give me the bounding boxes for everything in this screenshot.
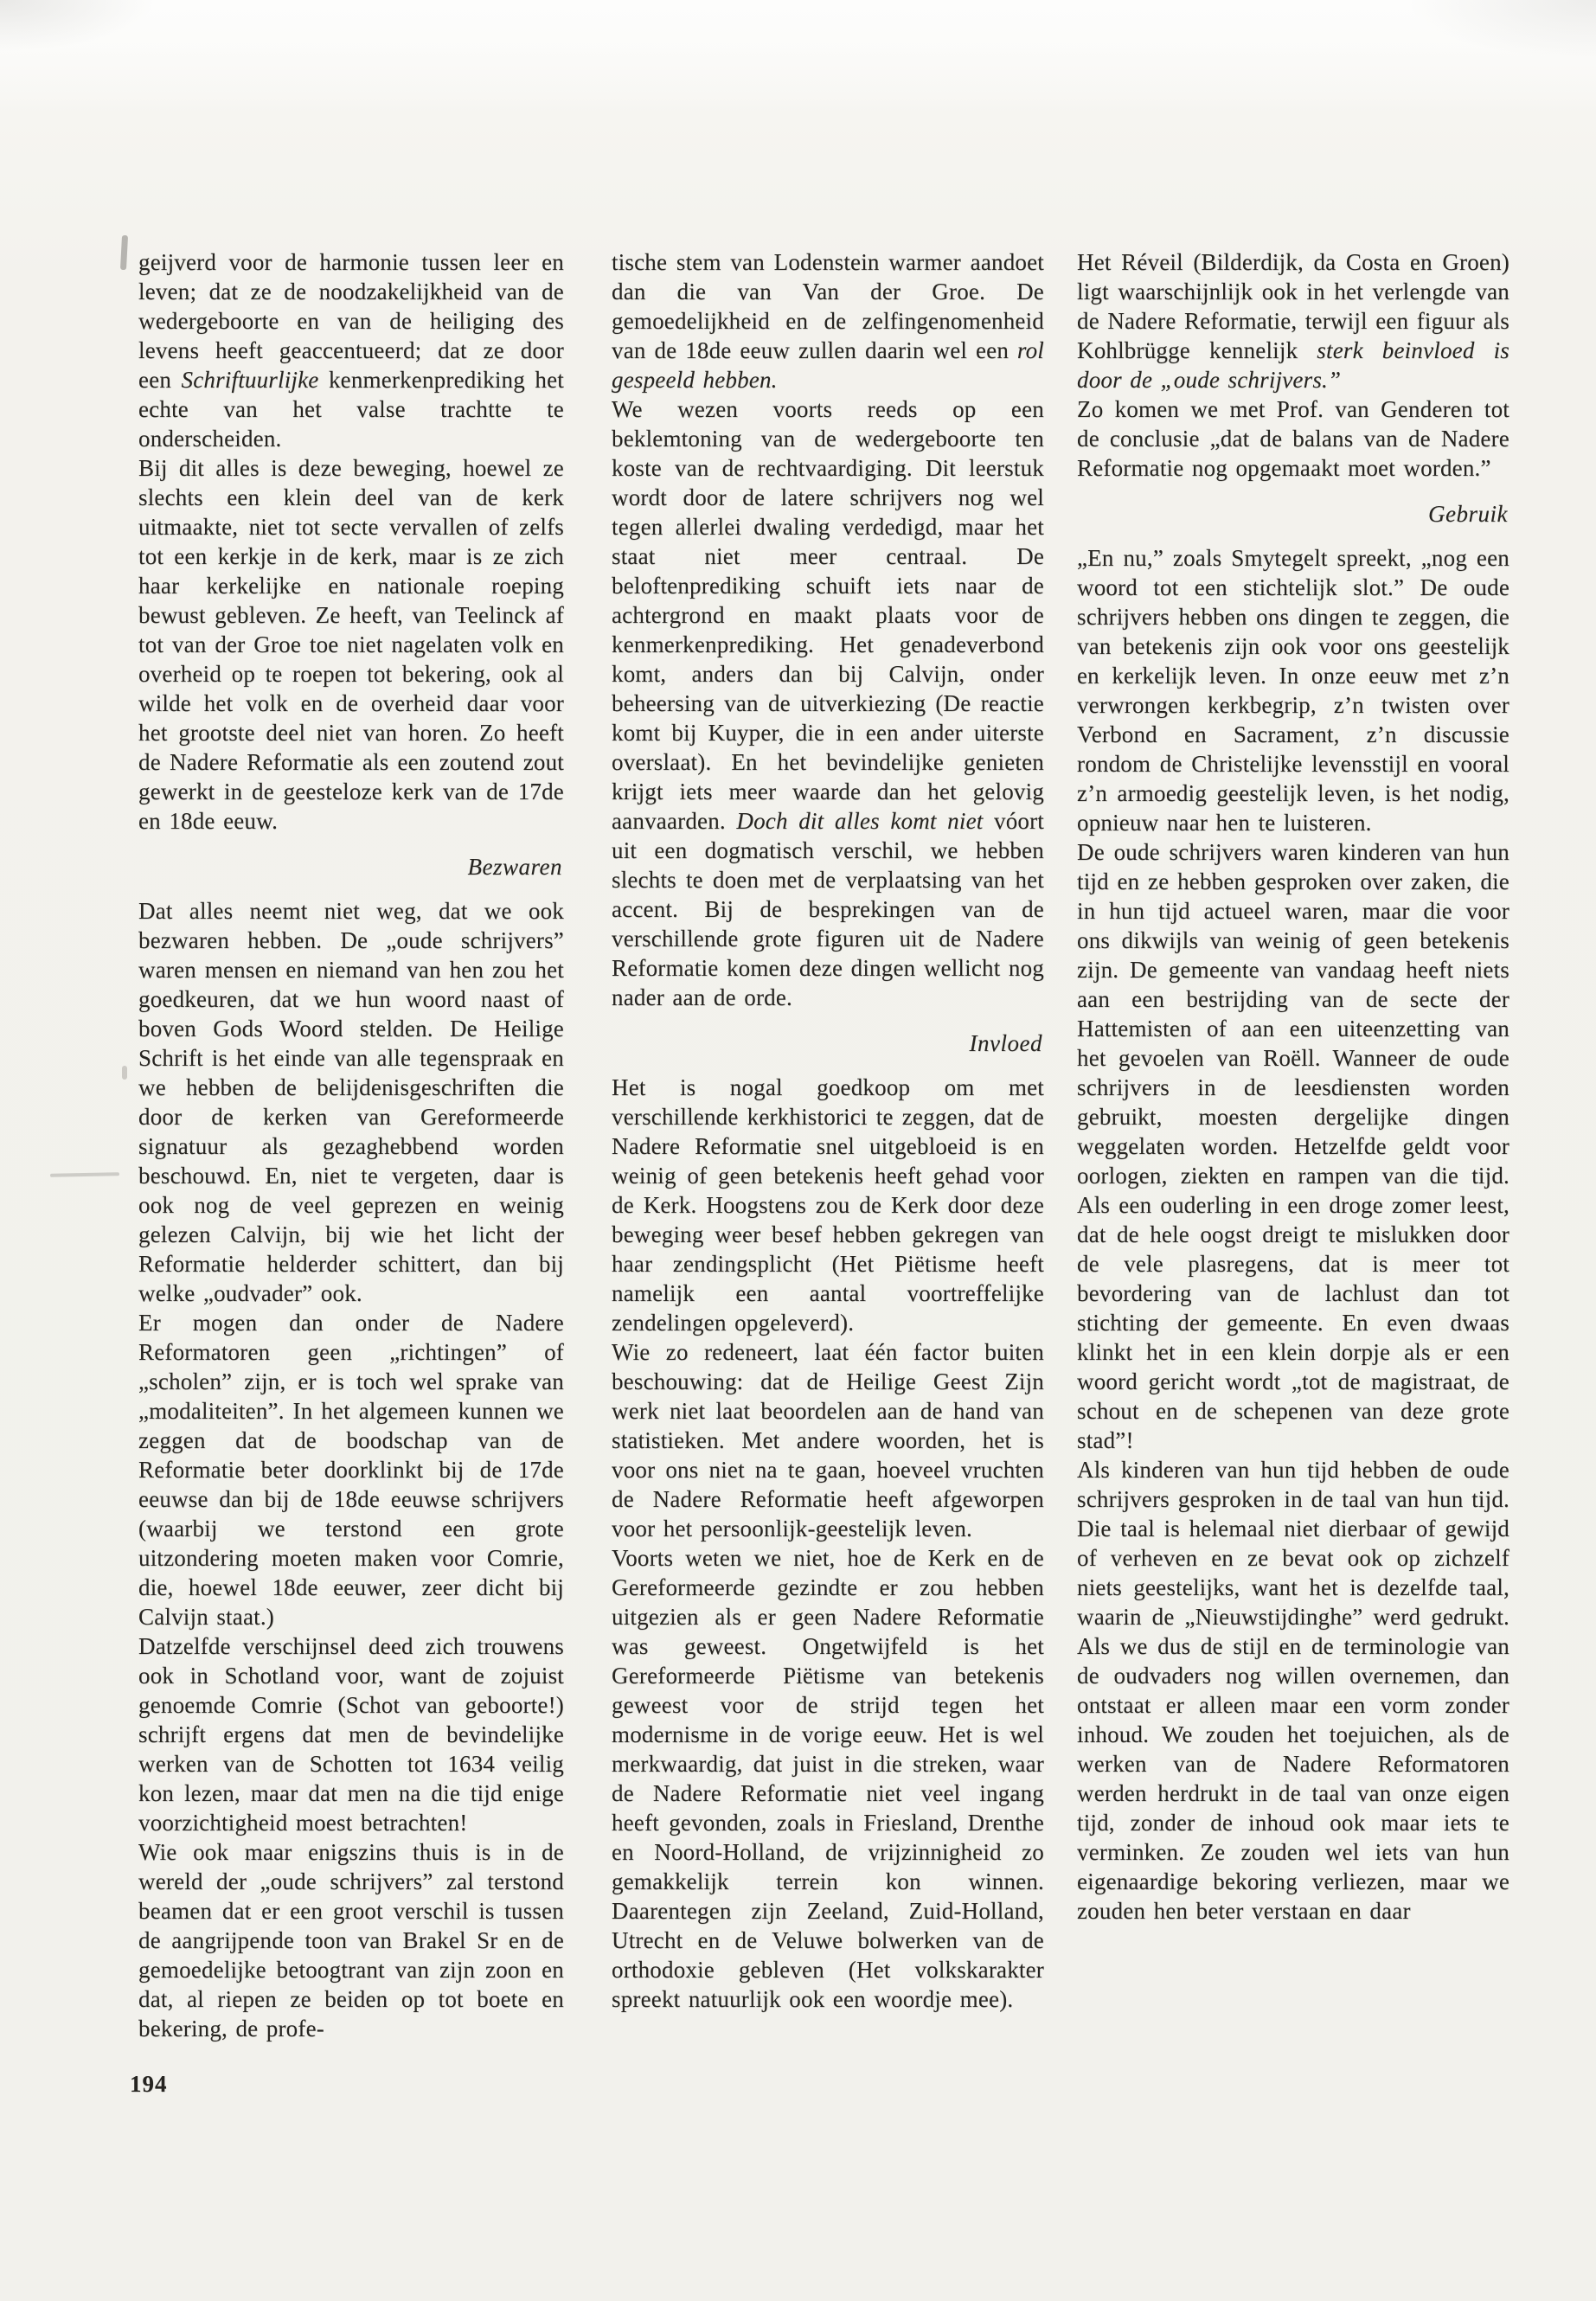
- paragraph: Wie ook maar enigszins thuis is in de we…: [138, 1837, 564, 2043]
- text-run: Dat alles neemt niet weg, dat we ook bez…: [138, 898, 564, 1306]
- page-number: 194: [130, 2069, 168, 2099]
- text-run: Voorts weten we niet, hoe de Kerk en de …: [612, 1545, 1044, 2012]
- text-run: tische stem van Lodenstein warmer aandoe…: [612, 249, 1044, 363]
- text-run: De oude schrijvers waren kinderen van hu…: [1077, 839, 1509, 1453]
- emphasis-text: Invloed: [970, 1030, 1042, 1056]
- text-run: „En nu,” zoals Smytegelt spreekt, „nog e…: [1077, 545, 1509, 836]
- text-run: Wie ook maar enigszins thuis is in de we…: [138, 1839, 564, 2041]
- paragraph: De oude schrijvers waren kinderen van hu…: [1077, 837, 1509, 1455]
- text-run: Bij dit alles is deze beweging, hoewel z…: [138, 455, 564, 834]
- paragraph: Zo komen we met Prof. van Genderen tot d…: [1077, 394, 1509, 483]
- section-heading: Gebruik: [1077, 499, 1508, 529]
- scan-corner-shade-left: [0, 0, 156, 52]
- text-column-right: Het Réveil (Bilderdijk, da Costa en Groe…: [1077, 247, 1509, 1926]
- text-columns: geijverd voor de harmonie tussen leer en…: [138, 247, 1509, 2043]
- paragraph: Als kinderen van hun tijd hebben de oude…: [1077, 1455, 1509, 1926]
- paragraph: Bij dit alles is deze beweging, hoewel z…: [138, 453, 564, 836]
- text-run: We wezen voorts reeds op een beklemtonin…: [612, 396, 1044, 834]
- paragraph: Dat alles neemt niet weg, dat we ook bez…: [138, 896, 564, 1308]
- scan-light-band: [0, 0, 1596, 112]
- text-run: Zo komen we met Prof. van Genderen tot d…: [1077, 396, 1509, 481]
- pencil-mark: [50, 1172, 119, 1177]
- scan-edge-speck: [120, 235, 128, 270]
- paragraph: Wie zo redeneert, laat één factor buiten…: [612, 1337, 1044, 1543]
- text-column-left: geijverd voor de harmonie tussen leer en…: [138, 247, 564, 2043]
- text-run: Het is nogal goedkoop om met verschillen…: [612, 1074, 1044, 1336]
- section-heading: Bezwaren: [138, 852, 562, 881]
- paragraph: „En nu,” zoals Smytegelt spreekt, „nog e…: [1077, 543, 1509, 837]
- magazine-page: geijverd voor de harmonie tussen leer en…: [0, 0, 1596, 2301]
- text-column-middle: tische stem van Lodenstein warmer aandoe…: [612, 247, 1044, 2014]
- scan-corner-shade-right: [1406, 0, 1596, 61]
- text-run: Datzelfde verschijnsel deed zich trouwen…: [138, 1633, 564, 1836]
- text-run: Er mogen dan onder de Nadere Reformatore…: [138, 1310, 564, 1630]
- scan-edge-speck: [122, 1066, 127, 1080]
- paragraph: geijverd voor de harmonie tussen leer en…: [138, 247, 564, 453]
- paragraph: Er mogen dan onder de Nadere Reformatore…: [138, 1308, 564, 1631]
- emphasis-text: Schriftuurlijke: [182, 367, 319, 393]
- paragraph: We wezen voorts reeds op een beklemtonin…: [612, 394, 1044, 1012]
- section-heading: Invloed: [612, 1029, 1042, 1058]
- text-run: Wie zo redeneert, laat één factor buiten…: [612, 1339, 1044, 1541]
- paragraph: Het is nogal goedkoop om met verschillen…: [612, 1073, 1044, 1337]
- paragraph: Voorts weten we niet, hoe de Kerk en de …: [612, 1543, 1044, 2014]
- text-run: Als kinderen van hun tijd hebben de oude…: [1077, 1457, 1509, 1924]
- text-run: vóort uit een dogmatisch verschil, we he…: [612, 808, 1044, 1010]
- emphasis-text: Doch dit alles komt niet: [736, 808, 983, 834]
- paragraph: tische stem van Lodenstein warmer aandoe…: [612, 247, 1044, 394]
- paragraph: Datzelfde verschijnsel deed zich trouwen…: [138, 1631, 564, 1837]
- emphasis-text: Bezwaren: [468, 854, 562, 880]
- emphasis-text: Gebruik: [1428, 501, 1508, 527]
- paragraph: Het Réveil (Bilderdijk, da Costa en Groe…: [1077, 247, 1509, 394]
